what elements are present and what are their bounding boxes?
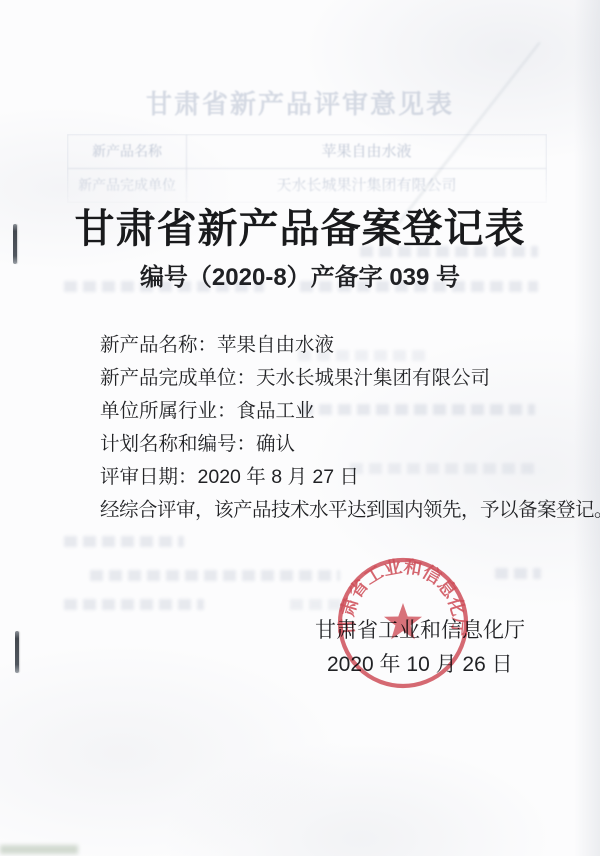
field-plan-name-number: 计划名称和编号：确认 — [100, 428, 295, 456]
ghost-smudge — [64, 599, 204, 610]
conclusion-statement: 经综合评审，该产品技术水平达到国内领先，予以备案登记。 — [100, 494, 600, 522]
staple-mark-bottom — [15, 631, 19, 673]
ghost-bleedthrough-title: 甘肃省新产品评审意见表 — [0, 84, 600, 121]
ghost-cell-value: 苹果自由水液 — [187, 135, 546, 168]
ghost-smudge — [350, 463, 535, 474]
corner-ink-smudge — [0, 845, 78, 854]
ghost-table-row: 新产品名称 苹果自由水液 — [68, 135, 546, 168]
seal-star-icon — [384, 603, 422, 639]
field-review-date: 评审日期：2020 年 8 月 27 日 — [100, 461, 359, 489]
field-product-name: 新产品名称：苹果自由水液 — [100, 329, 334, 357]
field-industry: 单位所属行业：食品工业 — [100, 395, 315, 423]
paper-edge-shade — [574, 0, 600, 856]
ghost-bleedthrough-table: 新产品名称 苹果自由水液 新产品完成单位 天水长城果汁集团有限公司 — [67, 134, 547, 203]
ghost-smudge — [495, 568, 541, 579]
document-title: 甘肃省新产品备案登记表 — [0, 197, 600, 254]
field-completing-unit: 新产品完成单位：天水长城果汁集团有限公司 — [100, 362, 490, 390]
ghost-cell-label: 新产品名称 — [68, 135, 187, 168]
ghost-smudge — [300, 404, 535, 415]
ghost-smudge — [64, 536, 184, 547]
official-seal-graphic: 甘肃省工业和信息化厅 — [333, 553, 473, 693]
document-number: 编号（2020-8）产备字 039 号 — [0, 257, 600, 292]
ghost-smudge — [90, 570, 340, 581]
scanned-document-page: 甘肃省新产品评审意见表 新产品名称 苹果自由水液 新产品完成单位 天水长城果汁集… — [0, 0, 600, 856]
official-seal: 甘肃省工业和信息化厅 — [333, 553, 473, 693]
